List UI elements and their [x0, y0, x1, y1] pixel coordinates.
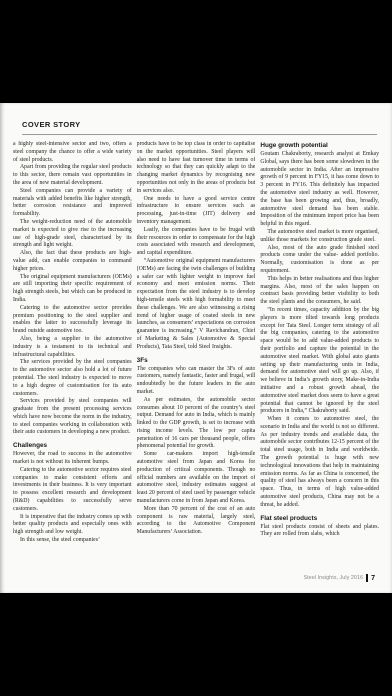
page-header: COVER STORY — [22, 103, 377, 135]
section-heading: Flat steel products — [260, 515, 379, 522]
body-paragraph: In this sense, the steel companies’ — [13, 537, 132, 545]
body-paragraph: The original equipment manufacturers (OE… — [13, 274, 132, 305]
text-column-2: products have to be top class in order t… — [137, 141, 256, 571]
body-paragraph: products have to be top class in order t… — [137, 141, 256, 196]
body-paragraph: Also, the fact that these products are h… — [13, 250, 132, 273]
body-paragraph: Catering to the automotive sector requir… — [13, 467, 132, 514]
page-number: 7 — [371, 575, 375, 582]
body-paragraph: However, the road to success in the auto… — [13, 451, 132, 467]
top-letterbox — [0, 0, 392, 103]
page-number-divider — [366, 574, 368, 582]
body-paragraph: Catering to the automotive sector provid… — [13, 305, 132, 336]
body-paragraph: Flat steel products consist of sheets an… — [260, 524, 379, 540]
body-paragraph: The companies who can master the 3Fs of … — [137, 366, 256, 397]
document-page: COVER STORY a highly steel-intensive sec… — [0, 103, 392, 593]
section-heading: Huge growth potential — [260, 142, 379, 149]
body-paragraph: Also, most of the auto grade finished st… — [260, 245, 379, 276]
body-paragraph: It is imperative that the industry comes… — [13, 514, 132, 537]
publication-name: Steel Insights, July 2016 — [303, 575, 363, 581]
body-paragraph: When it comes to automotive steel, the s… — [260, 416, 379, 510]
body-paragraph: Lastly, the companies have to be frugal … — [137, 227, 256, 258]
article-columns: a highly steel-intensive sector and two,… — [13, 141, 379, 571]
body-paragraph: This helps in better realisations and th… — [260, 276, 379, 307]
body-paragraph: The weight-reduction need of the automob… — [13, 219, 132, 250]
text-column-1: a highly steel-intensive sector and two,… — [13, 141, 132, 571]
body-paragraph: Services provided by steel companies wil… — [13, 398, 132, 437]
body-paragraph: “In recent times, capacity addition by t… — [260, 307, 379, 416]
body-paragraph: “Automotive original equipment manufactu… — [137, 258, 256, 352]
body-paragraph: One needs to have a good service centre … — [137, 196, 256, 227]
body-paragraph: More than 70 percent of the cost of an a… — [137, 506, 256, 537]
body-paragraph: The services provided by the steel compa… — [13, 359, 132, 398]
text-column-3: Huge growth potentialGoutam Chakraborty,… — [260, 141, 379, 571]
bottom-letterbox — [0, 593, 392, 696]
page-footer: Steel Insights, July 2016 7 — [303, 574, 375, 582]
body-paragraph: The automotive steel market is more orga… — [260, 229, 379, 245]
body-paragraph: Apart from providing the regular steel p… — [13, 164, 132, 187]
body-paragraph: Goutam Chakraborty, research analyst at … — [260, 151, 379, 229]
section-heading: 3Fs — [137, 357, 256, 364]
body-paragraph: Also, being a supplier to the automotive… — [13, 336, 132, 359]
body-paragraph: As per estimates, the automobile sector … — [137, 397, 256, 452]
body-paragraph: a highly steel-intensive sector and two,… — [13, 141, 132, 164]
section-label: COVER STORY — [22, 120, 81, 129]
body-paragraph: Some car-makers import high-tensile auto… — [137, 451, 256, 506]
reader-screen: COVER STORY a highly steel-intensive sec… — [0, 0, 392, 696]
section-heading: Challenges — [13, 442, 132, 449]
body-paragraph: Steel companies can provide a variety of… — [13, 188, 132, 219]
